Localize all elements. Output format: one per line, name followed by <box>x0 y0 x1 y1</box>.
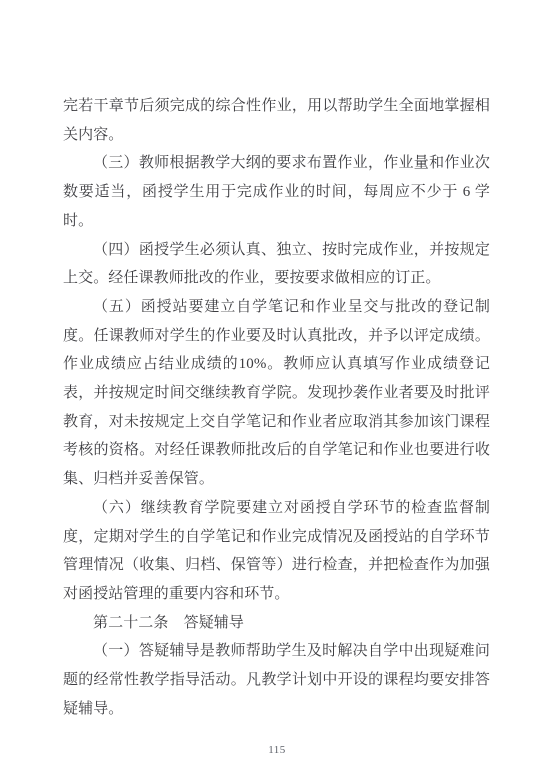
article-heading: 第二十二条 答疑辅导 <box>63 609 490 638</box>
paragraph-item-4: （四）函授学生必须认真、独立、按时完成作业，并按规定上交。经任课教师批改的作业，… <box>63 236 490 293</box>
paragraph-item-6: （六）继续教育学院要建立对函授自学环节的检查监督制度，定期对学生的自学笔记和作业… <box>63 494 490 609</box>
document-body: 完若干章节后须完成的综合性作业，用以帮助学生全面地掌握相关内容。 （三）教师根据… <box>63 92 490 723</box>
paragraph-item-1: （一）答疑辅导是教师帮助学生及时解决自学中出现疑难问题的经常性教学指导活动。凡教… <box>63 637 490 723</box>
paragraph-item-3: （三）教师根据教学大纲的要求布置作业，作业量和作业次数要适当，函授学生用于完成作… <box>63 149 490 235</box>
document-page: 完若干章节后须完成的综合性作业，用以帮助学生全面地掌握相关内容。 （三）教师根据… <box>0 0 554 783</box>
page-number: 115 <box>0 743 554 757</box>
paragraph-continuation: 完若干章节后须完成的综合性作业，用以帮助学生全面地掌握相关内容。 <box>63 92 490 149</box>
paragraph-item-5: （五）函授站要建立自学笔记和作业呈交与批改的登记制度。任课教师对学生的作业要及时… <box>63 293 490 494</box>
